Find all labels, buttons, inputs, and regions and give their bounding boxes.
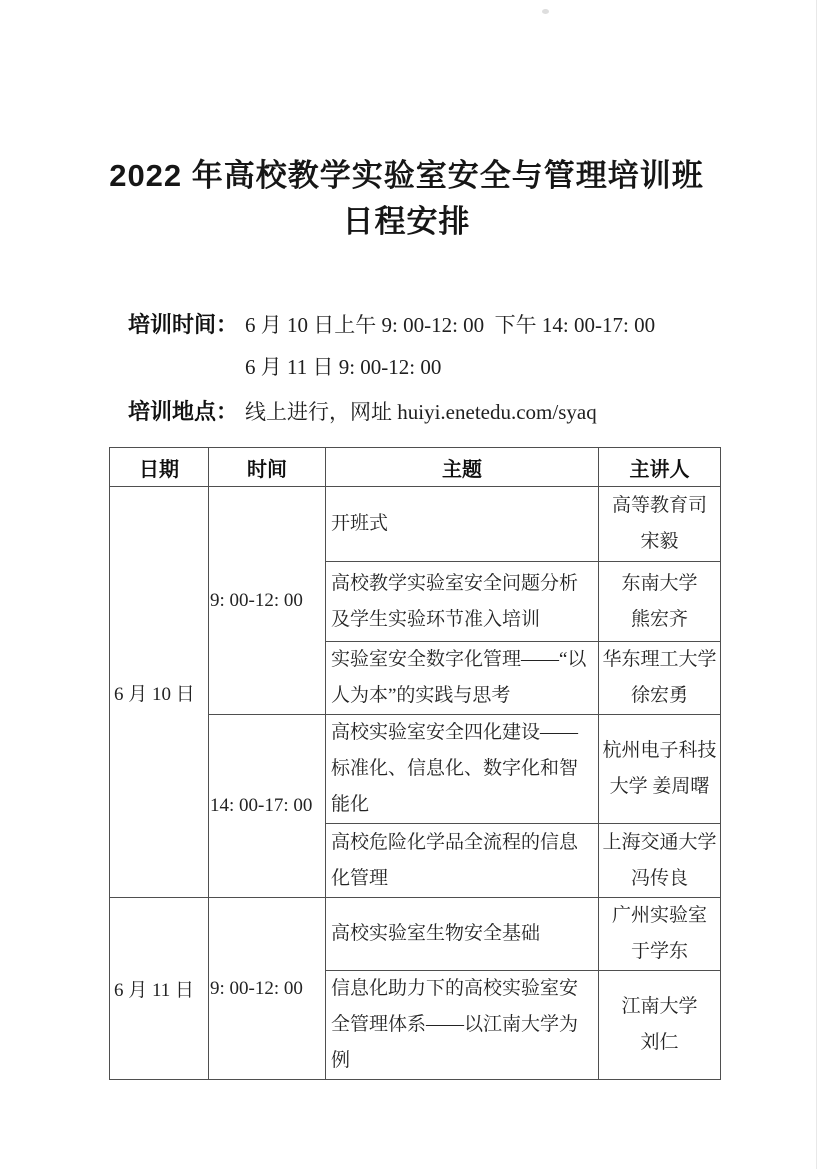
- time-cell-morning-day1: 9: 00-12: 00: [209, 487, 326, 715]
- schedule-table: 日期 时间 主题 主讲人 6 月 10 日 9: 00-12: 00 开班式 高…: [109, 447, 721, 1080]
- speaker-org: 华东理工大学: [601, 642, 718, 678]
- topic-cell: 高校教学实验室安全问题分析及学生实验环节准入培训: [326, 562, 599, 642]
- scan-speck-artifact: [542, 9, 549, 14]
- speaker-cell: 杭州电子科技 大学 姜周曙: [599, 715, 721, 824]
- training-location-line: 培训地点：线上进行，网址 huiyi.enetedu.com/syaq: [107, 370, 597, 451]
- speaker-cell: 华东理工大学 徐宏勇: [599, 642, 721, 715]
- document-title-line1: 2022 年高校教学实验室安全与管理培训班: [0, 150, 813, 195]
- speaker-org: 高等教育司: [601, 488, 718, 524]
- speaker-org: 东南大学: [601, 566, 718, 602]
- time-cell-morning-day2: 9: 00-12: 00: [209, 898, 326, 1080]
- speaker-name: 徐宏勇: [601, 678, 718, 714]
- speaker-cell: 广州实验室 于学东: [599, 898, 721, 971]
- document-title-line2: 日程安排: [0, 196, 813, 241]
- training-time-label: 培训时间：: [128, 312, 238, 337]
- scanned-document-page: 2022 年高校教学实验室安全与管理培训班 日程安排 培训时间：6 月 10 日…: [0, 0, 827, 1169]
- speaker-name: 于学东: [601, 934, 718, 970]
- speaker-name: 宋毅: [601, 524, 718, 560]
- speaker-name: 刘仁: [601, 1025, 718, 1061]
- speaker-org: 江南大学: [601, 989, 718, 1025]
- speaker-cell: 东南大学 熊宏齐: [599, 562, 721, 642]
- header-speaker: 主讲人: [599, 448, 721, 487]
- topic-cell: 高校实验室生物安全基础: [326, 898, 599, 971]
- table-row: 6 月 10 日 9: 00-12: 00 开班式 高等教育司 宋毅: [110, 487, 721, 562]
- table-header-row: 日期 时间 主题 主讲人: [110, 448, 721, 487]
- speaker-name: 冯传良: [601, 861, 718, 897]
- topic-cell: 信息化助力下的高校实验室安全管理体系——以江南大学为例: [326, 971, 599, 1080]
- speaker-cell: 高等教育司 宋毅: [599, 487, 721, 562]
- training-location-value: 线上进行，网址 huiyi.enetedu.com/syaq: [245, 400, 597, 424]
- scan-edge-line-artifact: [816, 0, 817, 1169]
- topic-cell: 开班式: [326, 487, 599, 562]
- speaker-org: 广州实验室: [601, 898, 718, 934]
- speaker-name: 大学 姜周曙: [601, 769, 718, 805]
- header-date: 日期: [110, 448, 209, 487]
- header-time: 时间: [209, 448, 326, 487]
- training-location-label: 培训地点：: [128, 399, 238, 424]
- header-topic: 主题: [326, 448, 599, 487]
- table-row: 6 月 11 日 9: 00-12: 00 高校实验室生物安全基础 广州实验室 …: [110, 898, 721, 971]
- speaker-org: 上海交通大学: [601, 825, 718, 861]
- topic-cell: 高校危险化学品全流程的信息化管理: [326, 824, 599, 898]
- speaker-org: 杭州电子科技: [601, 733, 718, 769]
- speaker-cell: 江南大学 刘仁: [599, 971, 721, 1080]
- date-cell-june10: 6 月 10 日: [110, 487, 209, 898]
- time-cell-afternoon-day1: 14: 00-17: 00: [209, 715, 326, 898]
- date-cell-june11: 6 月 11 日: [110, 898, 209, 1080]
- speaker-name: 熊宏齐: [601, 602, 718, 638]
- topic-cell: 实验室安全数字化管理——“以人为本”的实践与思考: [326, 642, 599, 715]
- speaker-cell: 上海交通大学 冯传良: [599, 824, 721, 898]
- topic-cell: 高校实验室安全四化建设——标准化、信息化、数字化和智能化: [326, 715, 599, 824]
